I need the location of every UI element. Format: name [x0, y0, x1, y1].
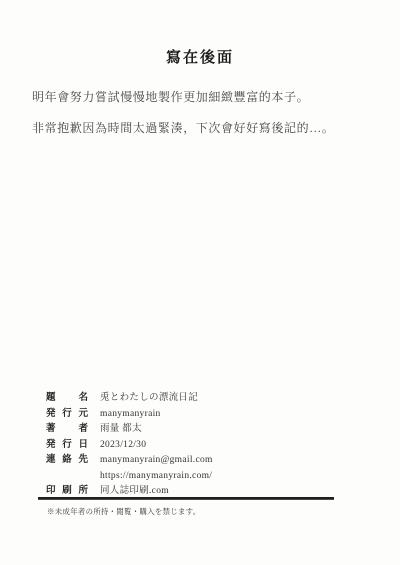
colophon-row-contact: 連絡先 manymanyrain@gmail.com https://manym…	[46, 455, 213, 481]
afterword-line-1: 明年會努力嘗試慢慢地製作更加細緻豐富的本子。	[32, 90, 380, 104]
colophon-value-date: 2023/12/30	[100, 440, 146, 450]
colophon-label-publisher: 発行元	[46, 409, 88, 419]
afterword-body: 明年會努力嘗試慢慢地製作更加細緻豐富的本子。 非常抱歉因為時間太過緊湊，下次會好…	[32, 90, 380, 152]
colophon-label-title: 題名	[46, 393, 88, 403]
colophon-label-author: 著者	[46, 424, 88, 434]
colophon-row-author: 著者 雨量 都太	[46, 424, 213, 434]
footer-divider	[38, 497, 334, 500]
colophon-label-date: 発行日	[46, 440, 88, 450]
colophon-value-contact-email: manymanyrain@gmail.com	[100, 455, 213, 465]
colophon-label-contact: 連絡先	[46, 455, 88, 465]
page-title: 寫在後面	[0, 46, 400, 67]
colophon-table: 題名 兎とわたしの漂流日記 発行元 manymanyrain 著者 雨量 都太 …	[46, 393, 213, 502]
colophon-row-date: 発行日 2023/12/30	[46, 440, 213, 450]
colophon-row-publisher: 発行元 manymanyrain	[46, 409, 213, 419]
colophon-label-printer: 印刷所	[46, 486, 88, 496]
colophon-value-author: 雨量 都太	[100, 424, 142, 434]
colophon-value-title: 兎とわたしの漂流日記	[100, 393, 198, 403]
afterword-page: 寫在後面 明年會努力嘗試慢慢地製作更加細緻豐富的本子。 非常抱歉因為時間太過緊湊…	[0, 0, 400, 565]
colophon-value-publisher: manymanyrain	[100, 409, 161, 419]
colophon-value-printer: 同人誌印刷.com	[100, 486, 169, 496]
afterword-line-2: 非常抱歉因為時間太過緊湊，下次會好好寫後記的…。	[32, 121, 380, 135]
age-restriction-disclaimer: ※未成年者の所持・閲覧・購入を禁じます。	[47, 506, 200, 517]
colophon-value-contact-url: https://manymanyrain.com/	[100, 471, 213, 481]
colophon-row-title: 題名 兎とわたしの漂流日記	[46, 393, 213, 403]
colophon-row-printer: 印刷所 同人誌印刷.com	[46, 486, 213, 496]
